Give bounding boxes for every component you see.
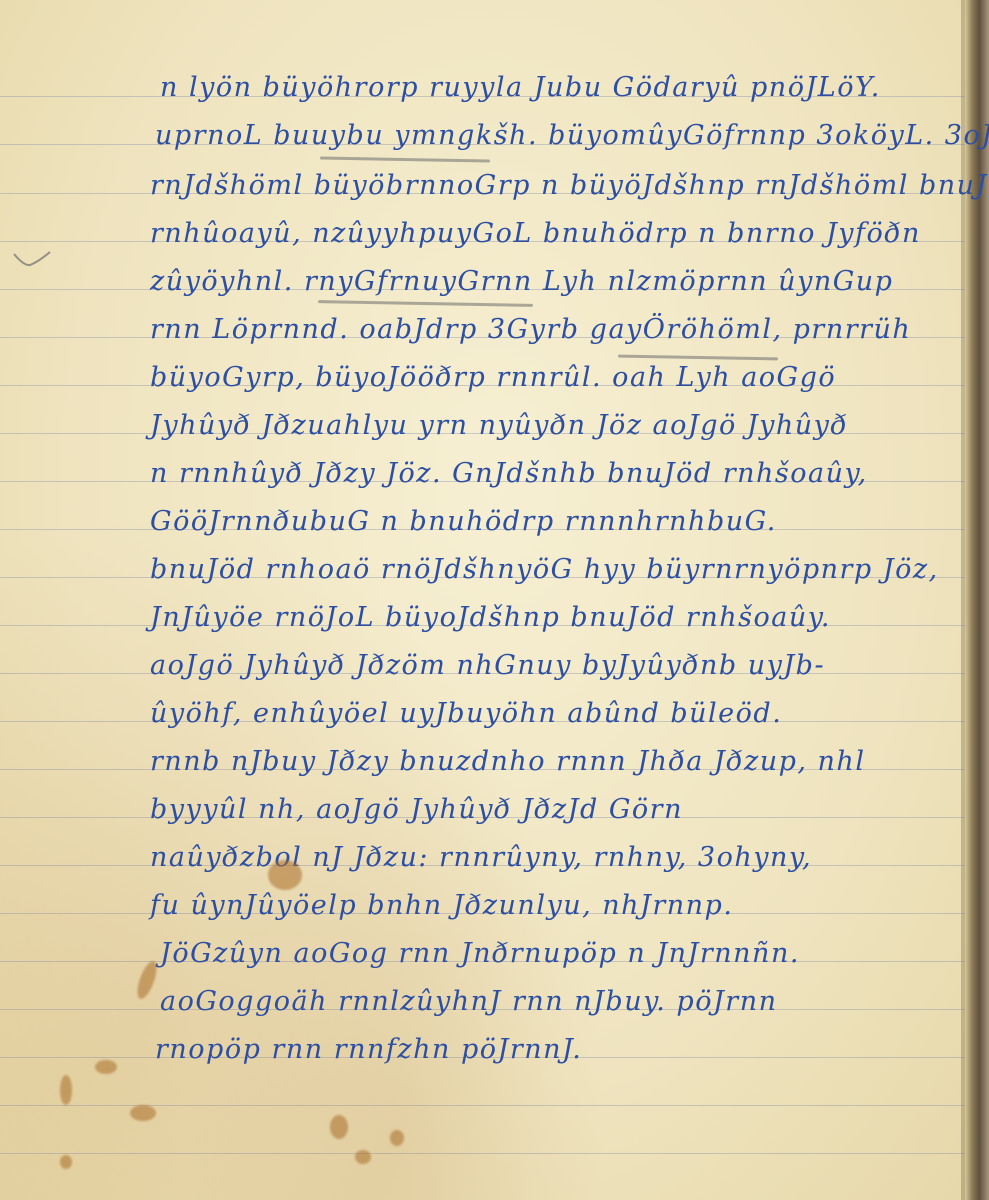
pencil-check-icon — [12, 250, 52, 270]
stain — [130, 1105, 156, 1121]
handwritten-line: rnn Löprnnd. oabJdrp 3Gyrb gayÖröhöml, p… — [150, 314, 911, 345]
pencil-underline — [318, 300, 533, 307]
stain — [60, 1155, 72, 1169]
stain — [134, 959, 161, 1001]
handwritten-line: ûyöhf, enhûyöel uyJbuyöhn abûnd büleöd. — [150, 698, 782, 729]
handwritten-line: büyoGyrp, büyoJööðrp rnnrûl. oah Lyh aoG… — [150, 362, 836, 393]
notebook-page: n lyön büyöhrorp ruyyla Jubu Gödaryû pnö… — [0, 0, 989, 1200]
pencil-underline — [618, 355, 778, 361]
handwritten-line: rnhûoayû, nzûyyhpuyGoL bnuhödrp n bnrno … — [150, 218, 921, 249]
handwritten-line: Jyhûyð Jðzuahlyu yrn nyûyðn Jöz aoJgö Jy… — [150, 410, 848, 441]
handwritten-line: n lyön büyöhrorp ruyyla Jubu Gödaryû pnö… — [160, 72, 881, 103]
handwritten-line: zûyöyhnl. rnyGfrnuyGrnn Lyh nlzmöprnn ûy… — [150, 266, 893, 297]
handwritten-line: byyyûl nh, aoJgö Jyhûyð JðzJd Görn — [150, 794, 683, 825]
stain — [95, 1060, 117, 1074]
handwritten-line: GööJrnnðubuG n bnuhödrp rnnnhrnhbuG. — [150, 506, 777, 537]
handwritten-line: uprnoL buuybu ymngkšh. büyomûyGöfrnnp 3o… — [155, 120, 989, 151]
stain — [355, 1150, 371, 1164]
handwritten-line: bnuJöd rnhoaö rnöJdšhnyöG hyy büyrnrnyöp… — [150, 554, 939, 585]
handwritten-line: rnnb nJbuy Jðzy bnuzdnho rnnn Jhða Jðzup… — [150, 746, 865, 777]
stain — [268, 860, 302, 890]
handwritten-line: JöGzûyn aoGog rnn Jnðrnupöp n JnJrnnñn. — [160, 938, 800, 969]
handwritten-line: JnJûyöe rnöJoL büyoJdšhnp bnuJöd rnhšoaû… — [150, 602, 831, 633]
handwritten-line: n rnnhûyð Jðzy Jöz. GnJdšnhb bnuJöd rnhš… — [150, 458, 868, 489]
handwritten-line: naûyðzbol nJ Jðzu: rnnrûyny, rnhny, 3ohy… — [150, 842, 812, 873]
stain — [60, 1075, 72, 1105]
handwritten-line: rnJdšhöml büyöbrnnoGrp n büyöJdšhnp rnJd… — [150, 170, 989, 201]
stain — [390, 1130, 404, 1146]
handwritten-line: aoGoggoäh rnnlzûyhnJ rnn nJbuy. pöJrnn — [160, 986, 777, 1017]
handwritten-line: aoJgö Jyhûyð Jðzöm nhGnuy byJyûyðnb uyJb… — [150, 650, 825, 681]
ruled-line — [0, 1153, 965, 1154]
pencil-underline — [320, 157, 490, 163]
stain — [330, 1115, 348, 1139]
handwritten-line: rnopöp rnn rnnfzhn pöJrnnJ. — [155, 1034, 582, 1065]
handwritten-line: fu ûynJûyöelp bnhn Jðzunlyu, nhJrnnp. — [150, 890, 733, 921]
